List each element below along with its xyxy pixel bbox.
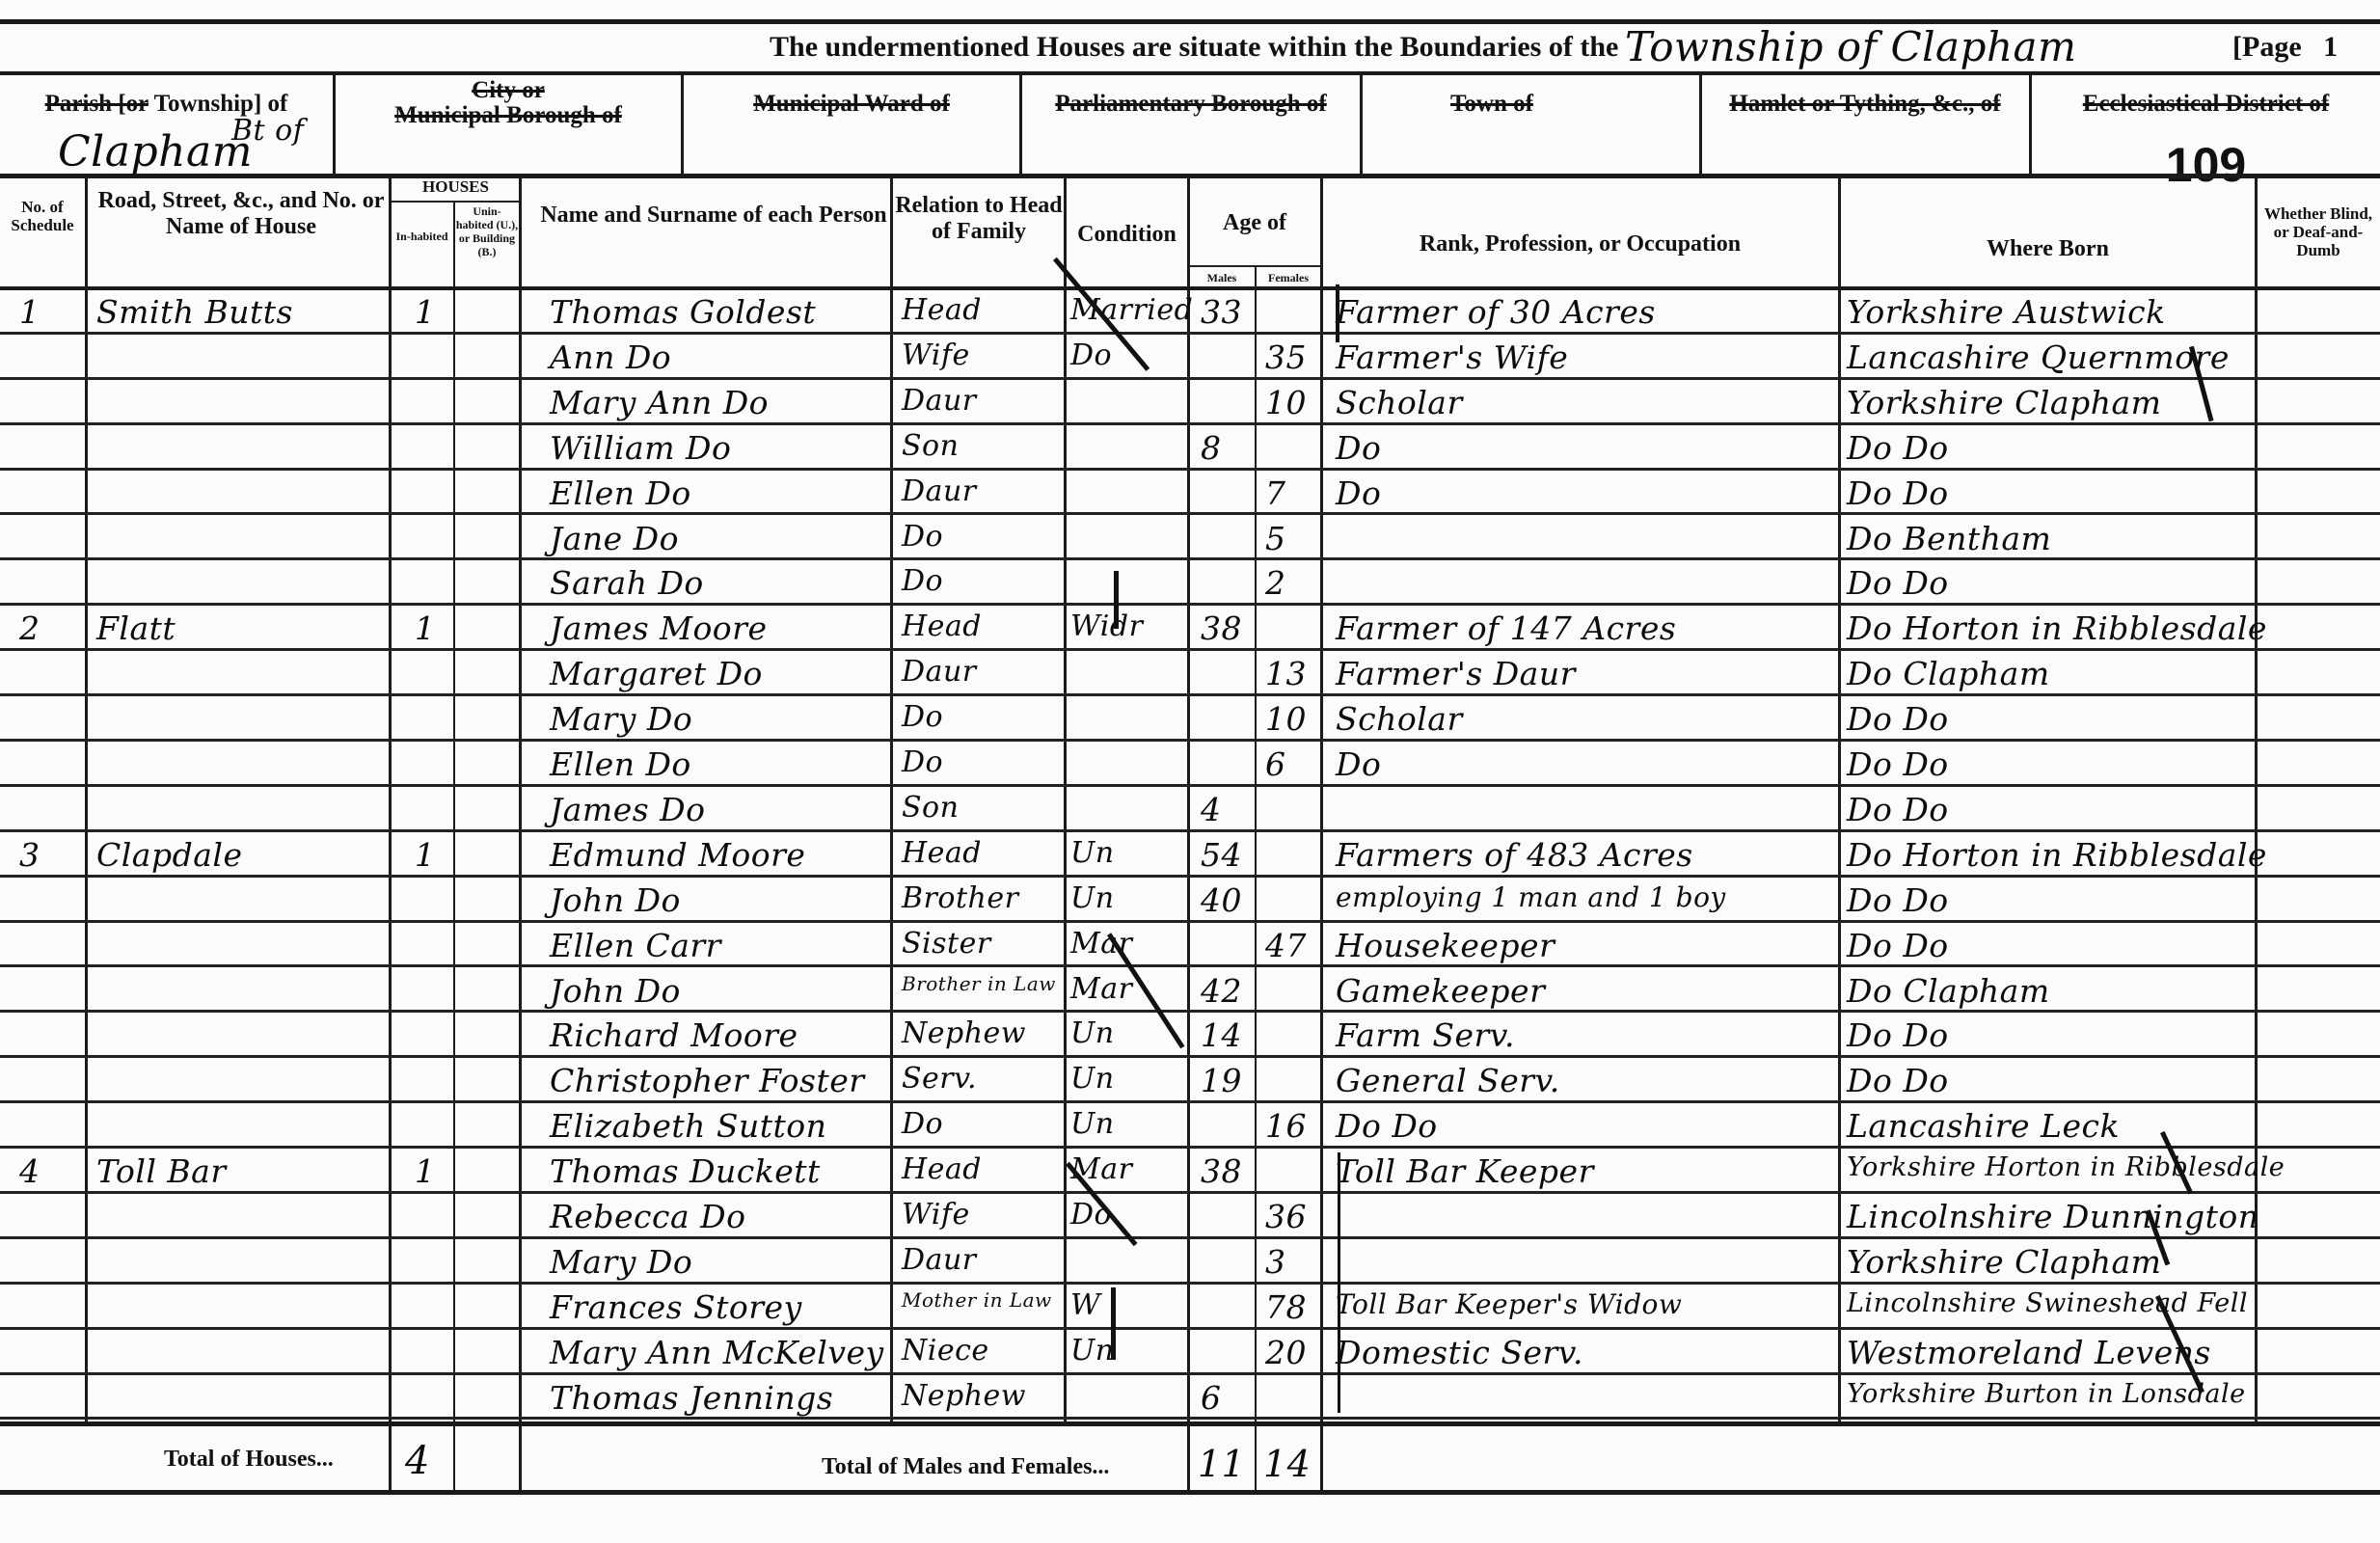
row-born: Lincolnshire Dunnington [1847, 1198, 2258, 1236]
table-row: Sarah DoDo2Do Do [0, 560, 2380, 605]
row-name: Christopher Foster [550, 1062, 865, 1100]
row-born: Do Do [1847, 1062, 1949, 1100]
row-female-age: 20 [1265, 1334, 1307, 1372]
area-label: Parliamentary Borough of [1022, 91, 1360, 118]
row-male-age: 40 [1201, 881, 1242, 920]
row-born: Do Do [1847, 881, 1949, 920]
row-relation: Do [902, 1107, 943, 1146]
row-male-age: 42 [1201, 972, 1242, 1011]
row-male-age: 4 [1201, 791, 1222, 829]
area-label: Hamlet or Tything, &c., of [1702, 91, 2028, 118]
row-relation: Wife [902, 1198, 970, 1236]
row-condition: Mar [1070, 1152, 1132, 1191]
kept-label: Township] of [154, 91, 288, 117]
row-relation: Do [902, 520, 943, 558]
total-houses-value: 4 [405, 1439, 430, 1483]
row-female-age: 6 [1265, 745, 1286, 784]
row-relation: Head [902, 836, 982, 875]
table-row: Mary DoDaur3Yorkshire Clapham [0, 1239, 2380, 1284]
area-label-line1: City or [336, 77, 681, 104]
district-number: 109 [2032, 137, 2380, 193]
check-stroke [1114, 571, 1119, 629]
row-born: Do Do [1847, 564, 1949, 603]
row-female-age: 35 [1265, 338, 1307, 377]
row-male-age: 14 [1201, 1016, 1242, 1055]
table-row: Jane DoDo5Do Bentham [0, 516, 2380, 560]
row-born: Yorkshire Clapham [1847, 1243, 2161, 1282]
area-town: Town of [1363, 77, 1698, 174]
area-hamlet: Hamlet or Tything, &c., of [1702, 77, 2028, 174]
row-born: Do Clapham [1847, 972, 2050, 1011]
row-occupation: Farmer's Wife [1336, 338, 1568, 377]
row-male-age: 6 [1201, 1379, 1222, 1418]
row-relation: Do [902, 700, 943, 739]
row-relation: Head [902, 1152, 982, 1191]
row-name: Elizabeth Sutton [550, 1107, 826, 1146]
row-occupation: Do Do [1336, 1107, 1438, 1146]
row-name: Edmund Moore [550, 836, 805, 875]
row-condition: Un [1070, 1016, 1115, 1055]
area-parliamentary: Parliamentary Borough of [1022, 77, 1360, 174]
row-born: Do Do [1847, 700, 1949, 739]
row-female-age: 47 [1265, 927, 1307, 965]
row-born: Do Do [1847, 474, 1949, 513]
row-occupation: Toll Bar Keeper [1336, 1152, 1594, 1191]
area-label-line2: Municipal Borough of [336, 102, 681, 129]
table-row: Christopher FosterServ.Un19General Serv.… [0, 1058, 2380, 1102]
row-relation: Brother in Law [902, 972, 1056, 1011]
row-relation: Do [902, 564, 943, 603]
row-occupation: Do [1336, 429, 1381, 468]
row-name: John Do [550, 881, 681, 920]
row-born: Do Do [1847, 791, 1949, 829]
col-relation: Relation to Head of Family [892, 193, 1066, 294]
rule [0, 174, 2380, 178]
row-relation: Son [902, 791, 959, 829]
row-female-age: 78 [1265, 1288, 1307, 1327]
row-house: Smith Butts [96, 293, 293, 332]
row-name: Ellen Do [550, 474, 691, 513]
row-relation: Son [902, 429, 959, 468]
row-schedule: 4 [19, 1152, 41, 1191]
row-born: Westmoreland Levens [1847, 1334, 2211, 1372]
struck-label: Parish [or [45, 91, 149, 117]
check-stroke [1111, 1287, 1116, 1360]
row-relation: Mother in Law [902, 1288, 1052, 1327]
row-born: Do Do [1847, 927, 1949, 965]
area-value: Clapham [58, 127, 253, 176]
row-condition: Un [1070, 881, 1115, 920]
row-house: Toll Bar [96, 1152, 227, 1191]
row-born: Do Bentham [1847, 520, 2051, 558]
row-male-age: 8 [1201, 429, 1222, 468]
table-row: 1Smith Butts1Thomas GoldestHeadMarried33… [0, 289, 2380, 334]
table-row: Rebecca DoWifeDo36Lincolnshire Dunningto… [0, 1194, 2380, 1238]
page-number: 1 [2323, 31, 2338, 63]
row-born: Lancashire Leck [1847, 1107, 2120, 1146]
total-females-value: 14 [1263, 1443, 1311, 1485]
row-name: Mary Do [550, 1243, 692, 1282]
row-relation: Serv. [902, 1062, 977, 1100]
row-schedule: 3 [19, 836, 41, 875]
row-female-age: 10 [1265, 384, 1307, 422]
row-name: James Moore [550, 609, 767, 648]
row-relation: Head [902, 293, 982, 332]
row-condition: Un [1070, 1062, 1115, 1100]
header-intro: The undermentioned Houses are situate wi… [770, 31, 1618, 64]
row-relation: Sister [902, 927, 991, 965]
area-annotation: Bt of [231, 114, 304, 148]
row-name: Ann Do [550, 338, 671, 377]
row-relation: Nephew [902, 1016, 1026, 1055]
area-label: Town of [1324, 91, 1660, 118]
row-female-age: 16 [1265, 1107, 1307, 1146]
row-inhabited: 1 [415, 1152, 436, 1191]
row-occupation: General Serv. [1336, 1062, 1560, 1100]
area-parish: Parish [or Township] of Clapham Bt of [0, 77, 333, 174]
row-born: Do Do [1847, 429, 1949, 468]
row-occupation: Farmer of 30 Acres [1336, 293, 1656, 332]
row-house: Flatt [96, 609, 176, 648]
row-name: Sarah Do [550, 564, 704, 603]
row-relation: Brother [902, 881, 1018, 920]
row-born: Do Horton in Ribblesdale [1847, 609, 2267, 648]
table-row: William DoSon8DoDo Do [0, 425, 2380, 470]
page-header: The undermentioned Houses are situate wi… [0, 23, 2380, 73]
row-occupation: Scholar [1336, 700, 1463, 739]
area-ward: Municipal Ward of [684, 77, 1019, 174]
row-occupation: Farmer's Daur [1336, 655, 1576, 693]
row-inhabited: 1 [415, 836, 436, 875]
row-name: Thomas Duckett [550, 1152, 821, 1191]
row-name: James Do [550, 791, 705, 829]
row-occupation: Do [1336, 745, 1381, 784]
row-occupation: Toll Bar Keeper's Widow [1336, 1288, 1682, 1327]
row-condition: Un [1070, 1107, 1115, 1146]
table-row: 3Clapdale1Edmund MooreHeadUn54Farmers of… [0, 832, 2380, 877]
row-relation: Daur [902, 655, 977, 693]
row-occupation: Gamekeeper [1336, 972, 1545, 1011]
table-row: Mary DoDo10ScholarDo Do [0, 696, 2380, 741]
row-female-age: 13 [1265, 655, 1307, 693]
row-male-age: 38 [1201, 609, 1242, 648]
row-male-age: 38 [1201, 1152, 1242, 1191]
row-occupation: Scholar [1336, 384, 1463, 422]
table-row: Frances StoreyMother in LawW78Toll Bar K… [0, 1285, 2380, 1329]
row-occupation: employing 1 man and 1 boy [1336, 881, 1726, 920]
row-name: Richard Moore [550, 1016, 798, 1055]
total-persons-label: Total of Males and Females... [822, 1454, 1109, 1480]
row-name: Mary Ann Do [550, 384, 769, 422]
row-relation: Head [902, 609, 982, 648]
row-name: Mary Ann McKelvey [550, 1334, 884, 1372]
row-male-age: 33 [1201, 293, 1242, 332]
row-rule [0, 1417, 2380, 1420]
row-female-age: 5 [1265, 520, 1286, 558]
area-label: Municipal Ward of [684, 91, 1019, 118]
row-born: Yorkshire Burton in Lonsdale [1847, 1379, 2246, 1418]
rule [0, 1490, 2380, 1495]
row-condition: W [1070, 1288, 1100, 1327]
area-borough: City or Municipal Borough of [336, 77, 681, 174]
row-born: Lincolnshire Swineshead Fell [1847, 1288, 2248, 1327]
row-female-age: 36 [1265, 1198, 1307, 1236]
col-schedule: No. of Schedule [0, 198, 85, 299]
check-stroke [1338, 1152, 1340, 1413]
row-schedule: 2 [19, 609, 41, 648]
table-row: Mary Ann DoDaur10ScholarYorkshire Clapha… [0, 380, 2380, 424]
row-name: William Do [550, 429, 731, 468]
row-relation: Daur [902, 1243, 977, 1282]
table-row: Ellen CarrSisterMar47HousekeeperDo Do [0, 923, 2380, 967]
row-name: John Do [550, 972, 681, 1011]
row-name: Thomas Jennings [550, 1379, 833, 1418]
row-born: Yorkshire Austwick [1847, 293, 2166, 332]
table-row: Thomas JenningsNephew6Yorkshire Burton i… [0, 1375, 2380, 1420]
page-label-text: [Page [2232, 31, 2302, 63]
row-born: Yorkshire Clapham [1847, 384, 2161, 422]
row-relation: Do [902, 745, 943, 784]
table-row: Elizabeth SuttonDoUn16Do DoLancashire Le… [0, 1103, 2380, 1148]
row-condition: Do [1070, 1198, 1112, 1236]
table-row: Ann DoWifeDo35Farmer's WifeLancashire Qu… [0, 335, 2380, 379]
row-name: Jane Do [550, 520, 679, 558]
row-occupation: Farmers of 483 Acres [1336, 836, 1693, 875]
row-born: Do Clapham [1847, 655, 2050, 693]
table-row: Richard MooreNephewUn14Farm Serv.Do Do [0, 1013, 2380, 1057]
row-condition: Widr [1070, 609, 1143, 648]
table-row: John DoBrotherUn40employing 1 man and 1 … [0, 878, 2380, 922]
row-name: Thomas Goldest [550, 293, 816, 332]
row-born: Lancashire Quernmore [1847, 338, 2230, 377]
row-born: Do Horton in Ribblesdale [1847, 836, 2267, 875]
row-name: Ellen Do [550, 745, 691, 784]
row-female-age: 2 [1265, 564, 1286, 603]
table-row: James DoSon4Do Do [0, 787, 2380, 831]
row-occupation: Do [1336, 474, 1381, 513]
row-schedule: 1 [19, 293, 41, 332]
row-occupation: Domestic Serv. [1336, 1334, 1583, 1372]
row-female-age: 10 [1265, 700, 1307, 739]
row-condition: Do [1070, 338, 1112, 377]
row-condition: Mar [1070, 972, 1132, 1011]
table-row: Ellen DoDaur7DoDo Do [0, 471, 2380, 515]
row-condition: Un [1070, 836, 1115, 875]
area-label: Ecclesiastical District of [2032, 91, 2380, 118]
table-row: Ellen DoDo6DoDo Do [0, 742, 2380, 786]
table-row: 4Toll Bar1Thomas DuckettHeadMar38Toll Ba… [0, 1149, 2380, 1193]
row-male-age: 19 [1201, 1062, 1242, 1100]
row-born: Yorkshire Horton in Ribblesdale [1847, 1152, 2285, 1191]
totals-row: Total of Houses... 4 Total of Males and … [0, 1425, 2380, 1491]
row-relation: Daur [902, 474, 977, 513]
row-relation: Daur [902, 384, 977, 422]
row-relation: Wife [902, 338, 970, 377]
total-houses-label: Total of Houses... [164, 1447, 334, 1473]
row-born: Do Do [1847, 745, 1949, 784]
row-house: Clapdale [96, 836, 243, 875]
row-name: Ellen Carr [550, 927, 721, 965]
row-inhabited: 1 [415, 293, 436, 332]
table-row: Mary Ann McKelveyNieceUn20Domestic Serv.… [0, 1330, 2380, 1374]
col-road: Road, Street, &c., and No. or Name of Ho… [96, 188, 386, 289]
check-stroke [1336, 284, 1339, 342]
census-page: The undermentioned Houses are situate wi… [0, 0, 2380, 1543]
total-males-value: 11 [1198, 1443, 1245, 1485]
table-row: 2Flatt1James MooreHeadWidr38Farmer of 14… [0, 606, 2380, 650]
row-female-age: 3 [1265, 1243, 1286, 1282]
row-born: Do Do [1847, 1016, 1949, 1055]
row-name: Mary Do [550, 700, 692, 739]
table-row: Margaret DoDaur13Farmer's DaurDo Clapham [0, 651, 2380, 695]
row-name: Margaret Do [550, 655, 763, 693]
row-male-age: 54 [1201, 836, 1242, 875]
row-occupation: Housekeeper [1336, 927, 1555, 965]
row-relation: Nephew [902, 1379, 1026, 1418]
area-ecclesiastical: Ecclesiastical District of 109 [2032, 77, 2380, 174]
row-occupation: Farmer of 147 Acres [1336, 609, 1676, 648]
table-row: John DoBrother in LawMar42GamekeeperDo C… [0, 968, 2380, 1013]
boundary-name: Township of Clapham [1625, 23, 2076, 70]
row-relation: Niece [902, 1334, 989, 1372]
row-female-age: 7 [1265, 474, 1286, 513]
row-inhabited: 1 [415, 609, 436, 648]
rule [391, 201, 521, 203]
page-label: [Page 1 [2232, 31, 2338, 64]
row-name: Rebecca Do [550, 1198, 745, 1236]
row-occupation: Farm Serv. [1336, 1016, 1515, 1055]
row-name: Frances Storey [550, 1288, 802, 1327]
row-condition: Un [1070, 1334, 1115, 1372]
